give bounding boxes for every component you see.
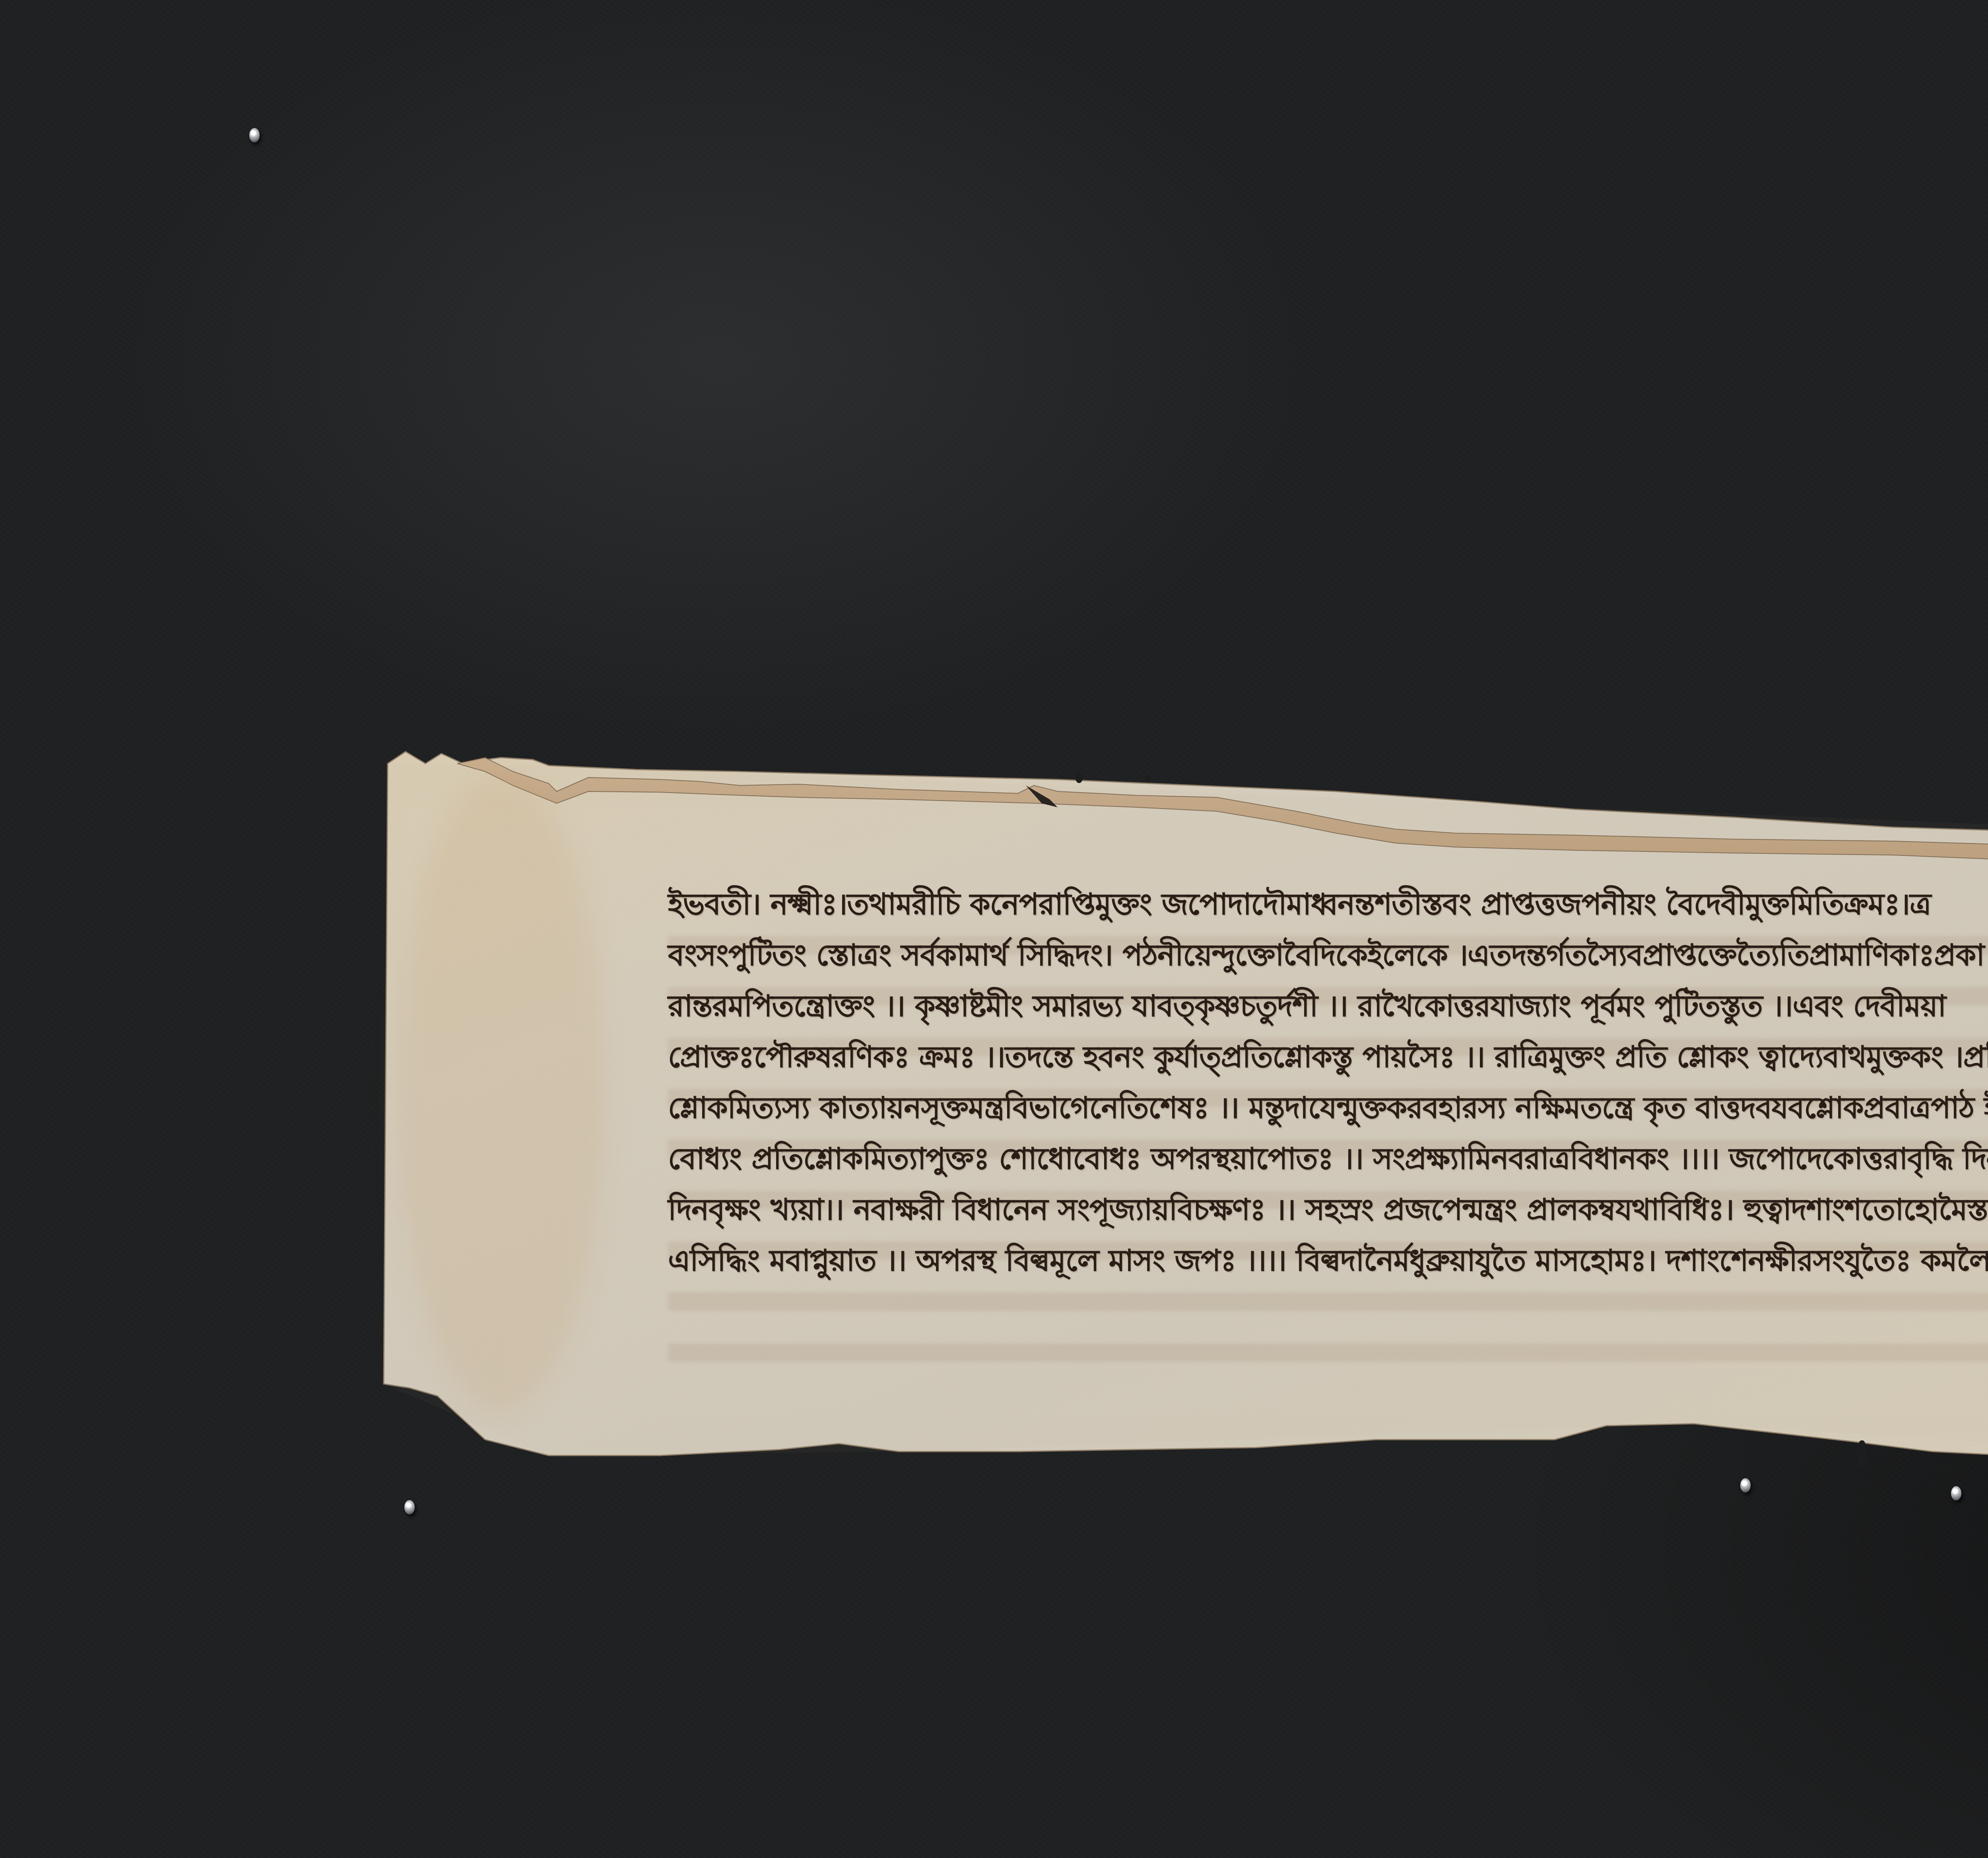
water-stain bbox=[398, 775, 604, 1412]
manuscript-line-2: বংসংপুটিতং স্তোত্রং সর্বকামার্থ সিদ্ধিদং… bbox=[668, 930, 1988, 981]
mounting-pin bbox=[404, 1500, 415, 1514]
damage-hole-small bbox=[1858, 1440, 1866, 1468]
manuscript-line-7: দিনবৃক্ষং খ্যয়া।। নবাক্ষরী বিধানেন সংপূ… bbox=[668, 1184, 1988, 1235]
damage-hole-large-extension bbox=[1769, 1439, 1791, 1461]
mounting-pin bbox=[249, 128, 260, 142]
manuscript-line-6: বোধ্যং প্রতিশ্লোকমিত্যাপুক্তঃ শোধোবোধঃ অ… bbox=[668, 1133, 1988, 1184]
manuscript-line-3: রান্তরমপিতন্ত্রোক্তং ।। কৃষ্ণাষ্টমীং সমা… bbox=[668, 981, 1988, 1032]
manuscript-line-4: প্রোক্তঃপৌরুষরণিকঃ ক্রমঃ ।।তদন্তে হবনং ক… bbox=[668, 1032, 1988, 1083]
manuscript-text: ইভবতী। নক্ষ্মীঃ।তথামরীচি কনেপরাপ্তিমুক্ত… bbox=[668, 879, 1988, 1286]
mounting-pin bbox=[1740, 1478, 1751, 1493]
pin-hole bbox=[1145, 775, 1151, 783]
pin-hole bbox=[1076, 774, 1083, 783]
manuscript-line-1: ইভবতী। নক্ষ্মীঃ।তথামরীচি কনেপরাপ্তিমুক্ত… bbox=[668, 879, 1988, 930]
manuscript-line-5: শ্লোকমিত্যস্য কাত্যায়নসূক্তমন্ত্রবিভাগে… bbox=[668, 1083, 1988, 1133]
mounting-pin bbox=[1951, 1486, 1961, 1500]
manuscript-line-8: এসিদ্ধিং মবাপ্নুয়াত ।। অপরস্থ বিল্বমূলে… bbox=[668, 1235, 1988, 1286]
